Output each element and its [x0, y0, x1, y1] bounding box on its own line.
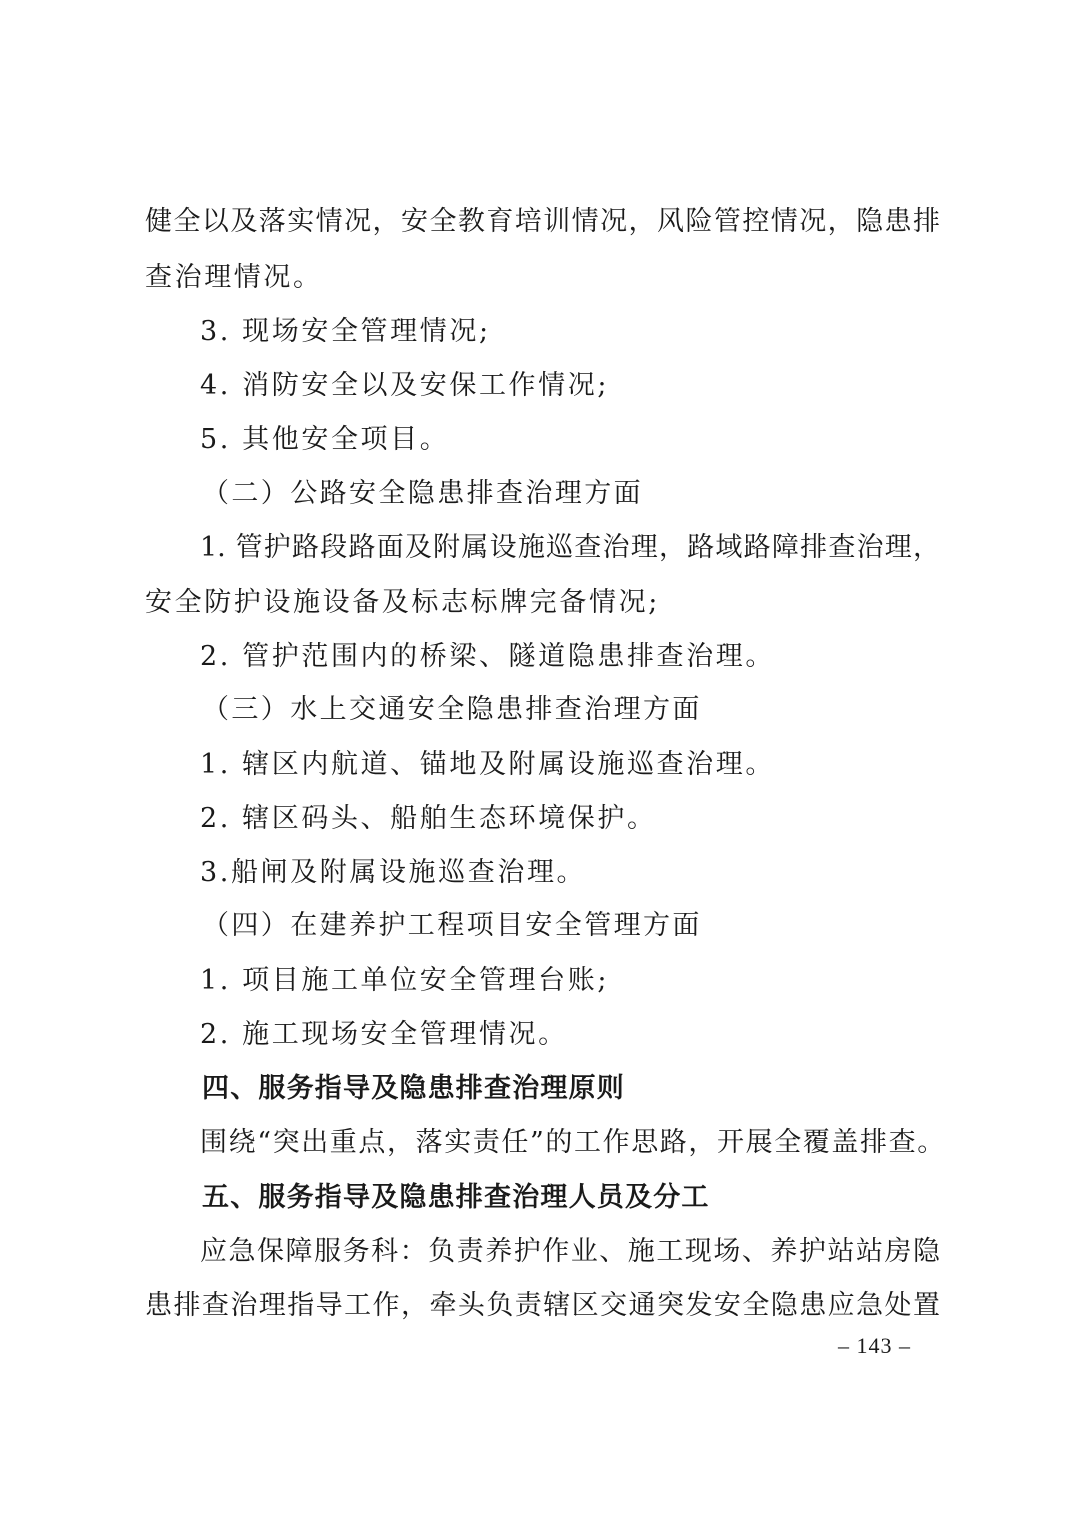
list-item: 3.船闸及附属设施巡查治理。 — [200, 853, 1000, 893]
section-heading: 四、服务指导及隐患排查治理原则 — [202, 1069, 1002, 1109]
sub-section-heading: （四）在建养护工程项目安全管理方面 — [202, 906, 1002, 946]
list-item: 3. 现场安全管理情况; — [200, 312, 1000, 352]
document-page: 健全以及落实情况，安全教育培训情况，风险管控情况，隐患排 查治理情况。 3. 现… — [0, 0, 1074, 1520]
paragraph-line: 查治理情况。 — [145, 258, 945, 298]
paragraph-line: 患排查治理指导工作，牵头负责辖区交通突发安全隐患应急处置 — [145, 1286, 940, 1326]
list-item: 5. 其他安全项目。 — [200, 420, 1000, 460]
sub-section-heading: （二）公路安全隐患排查治理方面 — [202, 474, 1002, 514]
list-item: 2. 管护范围内的桥梁、隧道隐患排查治理。 — [200, 637, 1000, 677]
sub-section-heading: （三）水上交通安全隐患排查治理方面 — [202, 690, 1002, 730]
list-item: 2. 辖区码头、船舶生态环境保护。 — [200, 799, 1000, 839]
paragraph-line: 应急保障服务科：负责养护作业、施工现场、养护站站房隐 — [200, 1232, 940, 1272]
paragraph-line: 围绕“突出重点，落实责任”的工作思路，开展全覆盖排查。 — [200, 1123, 1000, 1163]
list-item: 1. 管护路段路面及附属设施巡查治理，路域路障排查治理， — [200, 528, 940, 568]
list-item: 1. 辖区内航道、锚地及附属设施巡查治理。 — [200, 745, 1000, 785]
list-item: 2. 施工现场安全管理情况。 — [200, 1015, 1000, 1055]
list-item: 1. 项目施工单位安全管理台账; — [200, 961, 1000, 1001]
section-heading: 五、服务指导及隐患排查治理人员及分工 — [202, 1178, 1002, 1218]
paragraph-line: 安全防护设施设备及标志标牌完备情况; — [145, 583, 945, 623]
page-number: – 143 – — [838, 1330, 911, 1362]
paragraph-line: 健全以及落实情况，安全教育培训情况，风险管控情况，隐患排 — [145, 202, 940, 242]
list-item: 4. 消防安全以及安保工作情况; — [200, 366, 1000, 406]
